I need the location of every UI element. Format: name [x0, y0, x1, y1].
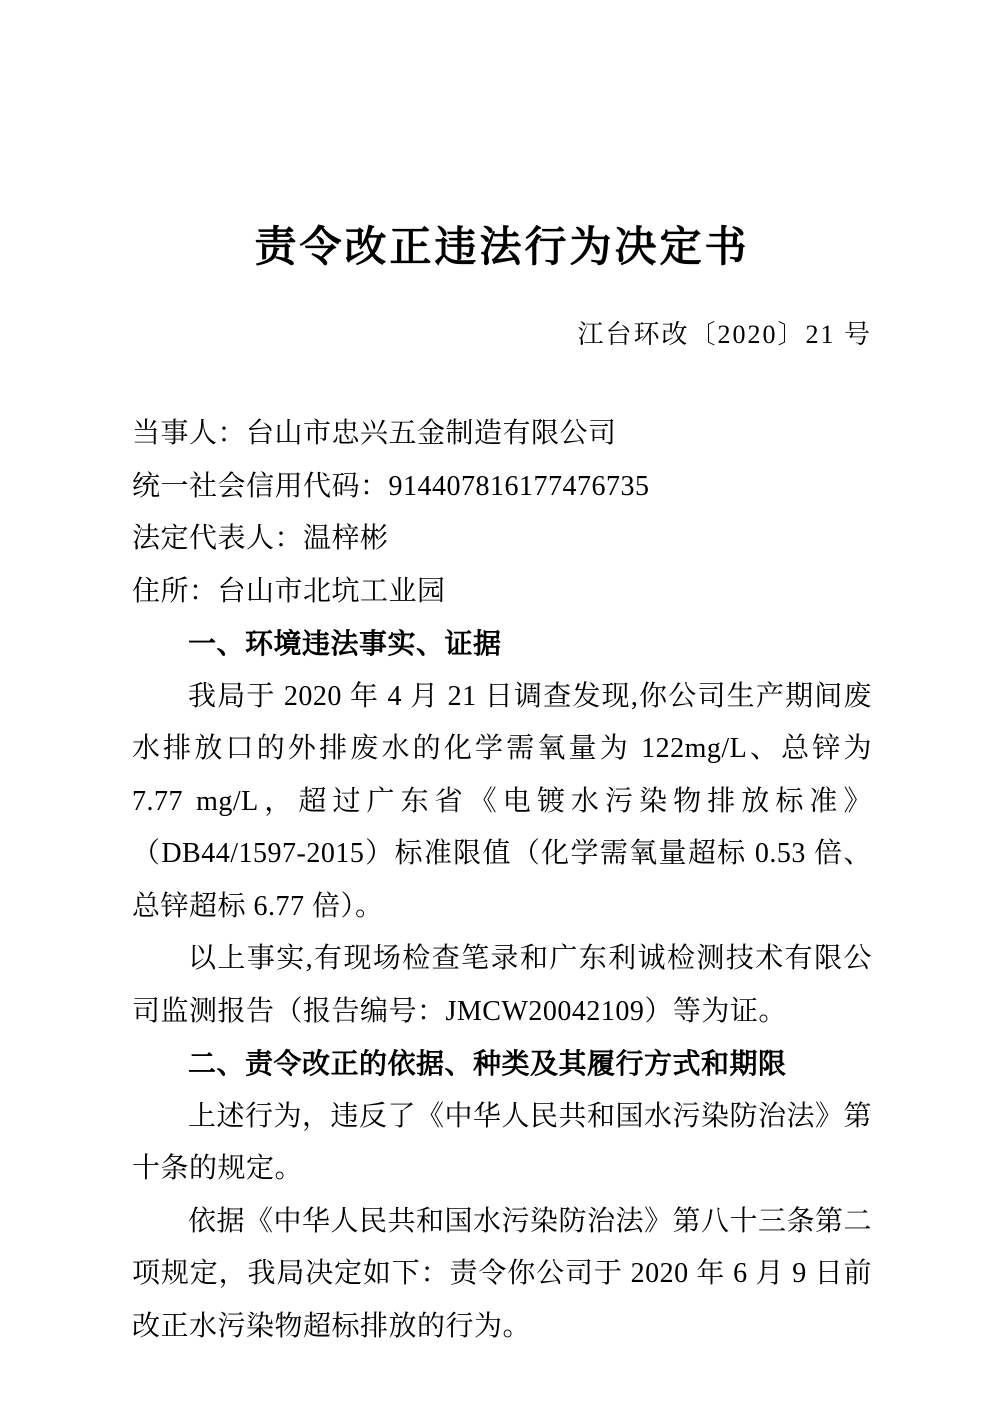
party-line-legal-representative: 法定代表人：温梓彬: [132, 513, 872, 566]
party-line-name: 当事人：台山市忠兴五金制造有限公司: [132, 408, 872, 461]
section-1-paragraph-facts: 我局于 2020 年 4 月 21 日调查发现,你公司生产期间废水排放口的外排废…: [132, 671, 872, 934]
section-1-paragraph-evidence: 以上事实,有现场检查笔录和广东利诚检测技术有限公司监测报告（报告编号：JMCW2…: [132, 933, 872, 1038]
section-1-heading: 一、环境违法事实、证据: [132, 618, 872, 671]
section-2-paragraph-decision: 依据《中华人民共和国水污染防治法》第八十三条第二项规定，我局决定如下：责令你公司…: [132, 1196, 872, 1354]
party-line-address: 住所：台山市北坑工业园: [132, 566, 872, 619]
document-title: 责令改正违法行为决定书: [132, 0, 872, 270]
document-number: 江台环改〔2020〕21 号: [132, 318, 872, 352]
party-line-credit-code: 统一社会信用代码：914407816177476735: [132, 461, 872, 514]
section-2-paragraph-violation: 上述行为，违反了《中华人民共和国水污染防治法》第十条的规定。: [132, 1091, 872, 1196]
section-2-heading: 二、责令改正的依据、种类及其履行方式和期限: [132, 1038, 872, 1091]
document-page: 责令改正违法行为决定书 江台环改〔2020〕21 号 当事人：台山市忠兴五金制造…: [0, 0, 992, 1403]
document-body: 当事人：台山市忠兴五金制造有限公司 统一社会信用代码：9144078161774…: [132, 408, 872, 1353]
